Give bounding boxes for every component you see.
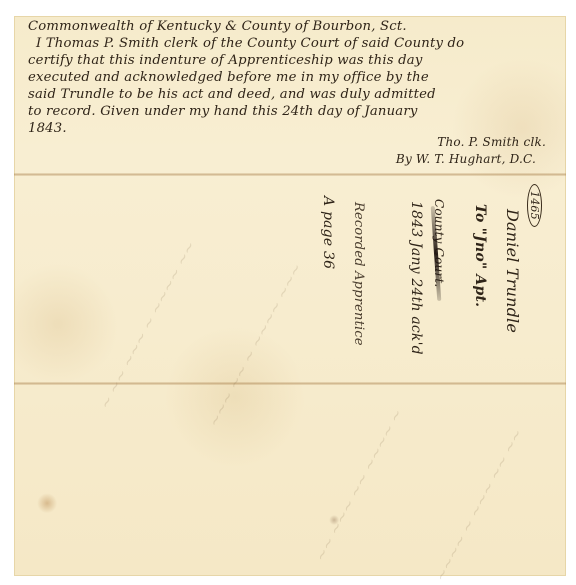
certificate-line: I Thomas P. Smith clerk of the County Co… xyxy=(28,35,548,52)
certificate-text: Commonwealth of Kentucky & County of Bou… xyxy=(28,18,548,137)
docket-number: 1465 xyxy=(527,184,542,227)
docket-date: 1843 Jany 24th ack'd xyxy=(408,201,424,355)
docket-recorded: Recorded Apprentice xyxy=(351,202,366,346)
docket-fee: To "Jno" Apt. xyxy=(472,204,488,307)
docket-name: Daniel Trundle xyxy=(503,209,522,333)
signature-block: Tho. P. Smith clk. By W. T. Hughart, D.C… xyxy=(396,134,546,168)
certificate-line-heading: Commonwealth of Kentucky & County of Bou… xyxy=(28,18,548,35)
clerk-signature: Tho. P. Smith clk. xyxy=(396,134,546,151)
certificate-panel: Commonwealth of Kentucky & County of Bou… xyxy=(14,16,566,174)
blank-panel xyxy=(14,384,566,576)
docket-book-page: A page 36 xyxy=(320,196,336,269)
certificate-line: said Trundle to be his act and deed, and… xyxy=(28,86,548,103)
deputy-clerk-signature: By W. T. Hughart, D.C. xyxy=(396,151,546,168)
certificate-line: certify that this indenture of Apprentic… xyxy=(28,52,548,69)
certificate-line: to record. Given under my hand this 24th… xyxy=(28,103,548,120)
document-sheet: Commonwealth of Kentucky & County of Bou… xyxy=(14,16,566,576)
certificate-line: executed and acknowledged before me in m… xyxy=(28,69,548,86)
